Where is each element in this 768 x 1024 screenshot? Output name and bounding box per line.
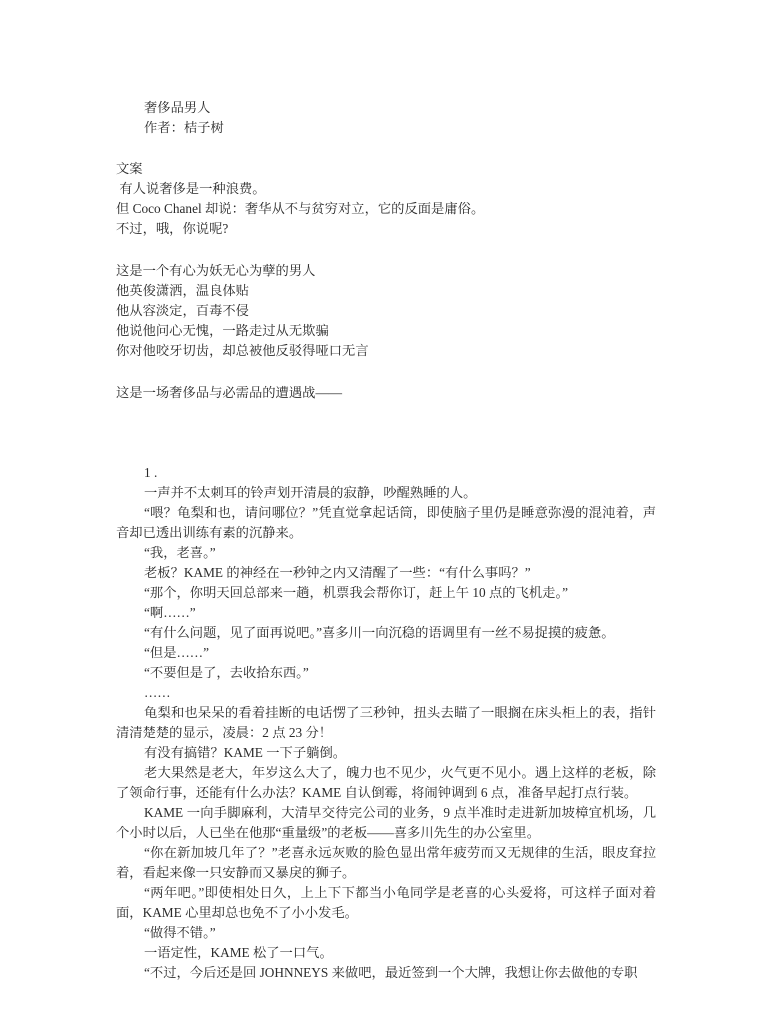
paragraph: “啊……” bbox=[116, 603, 656, 623]
blurb-closing: 这是一场奢侈品与必需品的遭遇战—— bbox=[116, 383, 656, 403]
paragraph: …… bbox=[116, 683, 656, 703]
paragraph: “我，老喜。” bbox=[116, 543, 656, 563]
poem-line: 这是一个有心为妖无心为孽的男人 bbox=[116, 261, 656, 281]
paragraph: 龟梨和也呆呆的看着挂断的电话愣了三秒钟，扭头去瞄了一眼搁在床头柜上的表，指针清清… bbox=[116, 703, 656, 743]
paragraph: “有什么问题，见了面再说吧。”喜多川一向沉稳的语调里有一丝不易捉摸的疲惫。 bbox=[116, 623, 656, 643]
paragraph: “你在新加坡几年了？”老喜永远灰败的脸色显出常年疲劳而又无规律的生活，眼皮耷拉着… bbox=[116, 843, 656, 883]
paragraph: “两年吧。”即使相处日久，上上下下都当小龟同学是老喜的心头爱将，可这样子面对着面… bbox=[116, 883, 656, 923]
document-header: 奢侈品男人 作者：桔子树 bbox=[116, 98, 656, 138]
chapter-number: 1 . bbox=[116, 463, 656, 483]
document-page: 奢侈品男人 作者：桔子树 文案 有人说奢侈是一种浪费。 但 Coco Chane… bbox=[0, 0, 768, 1024]
paragraph: 老板？KAME 的神经在一秒钟之内又清醒了一些：“有什么事吗？” bbox=[116, 563, 656, 583]
paragraph: “但是……” bbox=[116, 643, 656, 663]
blurb-line: 但 Coco Chanel 却说：奢华从不与贫穷对立，它的反面是庸俗。 bbox=[116, 199, 656, 219]
paragraph: “不要但是了，去收拾东西。” bbox=[116, 663, 656, 683]
blurb-poem: 这是一个有心为妖无心为孽的男人 他英俊潇洒，温良体贴 他从容淡定，百毒不侵 他说… bbox=[116, 261, 656, 361]
paragraph: 一声并不太刺耳的铃声划开清晨的寂静，吵醒熟睡的人。 bbox=[116, 483, 656, 503]
poem-line: 他从容淡定，百毒不侵 bbox=[116, 301, 656, 321]
paragraph: 一语定性，KAME 松了一口气。 bbox=[116, 943, 656, 963]
blurb-line: 不过，哦，你说呢? bbox=[116, 219, 656, 239]
paragraph: 老大果然是老大，年岁这么大了，魄力也不见少，火气更不见小。遇上这样的老板，除了领… bbox=[116, 763, 656, 803]
document-title: 奢侈品男人 bbox=[116, 98, 656, 118]
poem-line: 他说他问心无愧，一路走过从无欺骗 bbox=[116, 321, 656, 341]
paragraph: “那个，你明天回总部来一趟，机票我会帮你订，赶上午 10 点的飞机走。” bbox=[116, 583, 656, 603]
chapter-1: 1 . 一声并不太刺耳的铃声划开清晨的寂静，吵醒熟睡的人。 “喂？龟梨和也，请问… bbox=[116, 463, 656, 983]
document-author: 作者：桔子树 bbox=[116, 118, 656, 138]
paragraph: “喂？龟梨和也，请问哪位？”凭直觉拿起话筒，即使脑子里仍是睡意弥漫的混沌着，声音… bbox=[116, 503, 656, 543]
blurb-section: 文案 有人说奢侈是一种浪费。 但 Coco Chanel 却说：奢华从不与贫穷对… bbox=[116, 159, 656, 239]
poem-line: 你对他咬牙切齿，却总被他反驳得哑口无言 bbox=[116, 341, 656, 361]
closing-line: 这是一场奢侈品与必需品的遭遇战—— bbox=[116, 383, 656, 403]
blurb-heading: 文案 bbox=[116, 159, 656, 179]
poem-line: 他英俊潇洒，温良体贴 bbox=[116, 281, 656, 301]
paragraph: “不过，今后还是回 JOHNNEYS 来做吧，最近签到一个大牌，我想让你去做他的… bbox=[116, 963, 656, 983]
blurb-line: 有人说奢侈是一种浪费。 bbox=[116, 179, 656, 199]
paragraph: KAME 一向手脚麻利，大清早交待完公司的业务，9 点半准时走进新加坡樟宜机场，… bbox=[116, 803, 656, 843]
paragraph: 有没有搞错？KAME 一下子躺倒。 bbox=[116, 743, 656, 763]
paragraph: “做得不错。” bbox=[116, 923, 656, 943]
